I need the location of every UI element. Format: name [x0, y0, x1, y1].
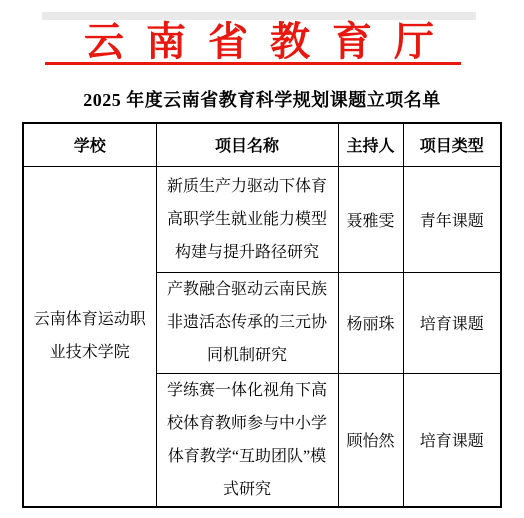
- table-row: 云南体育运动职 业技术学院 新质生产力驱动下体育 高职学生就业能力模型 构建与提…: [23, 166, 501, 272]
- project-name-cell: 新质生产力驱动下体育 高职学生就业能力模型 构建与提升路径研究: [156, 166, 338, 272]
- col-header-type: 项目类型: [403, 123, 501, 166]
- letterhead-rule: [45, 62, 461, 65]
- leader-cell: 杨丽珠: [338, 272, 403, 373]
- leader-cell: 聂雅雯: [338, 166, 403, 272]
- letterhead-title: 云 南 省 教 育 厅: [0, 10, 524, 60]
- header-row: 学校 项目名称 主持人 项目类型: [23, 123, 501, 166]
- type-cell: 青年课题: [403, 166, 501, 272]
- type-cell: 培育课题: [403, 272, 501, 373]
- document-subtitle: 2025 年度云南省教育科学规划课题立项名单: [0, 86, 524, 112]
- col-header-school: 学校: [23, 123, 156, 166]
- leader-cell: 顾怡然: [338, 373, 403, 507]
- type-cell: 培育课题: [403, 373, 501, 507]
- col-header-leader: 主持人: [338, 123, 403, 166]
- projects-table: 学校 项目名称 主持人 项目类型 云南体育运动职 业技术学院 新质生产力驱动下体…: [22, 122, 502, 508]
- project-name-cell: 学练赛一体化视角下高 校体育教师参与中小学 体育教学“互助团队”模 式研究: [156, 373, 338, 507]
- project-name-cell: 产教融合驱动云南民族 非遗活态传承的三元协 同机制研究: [156, 272, 338, 373]
- school-cell: 云南体育运动职 业技术学院: [23, 166, 156, 507]
- col-header-project: 项目名称: [156, 123, 338, 166]
